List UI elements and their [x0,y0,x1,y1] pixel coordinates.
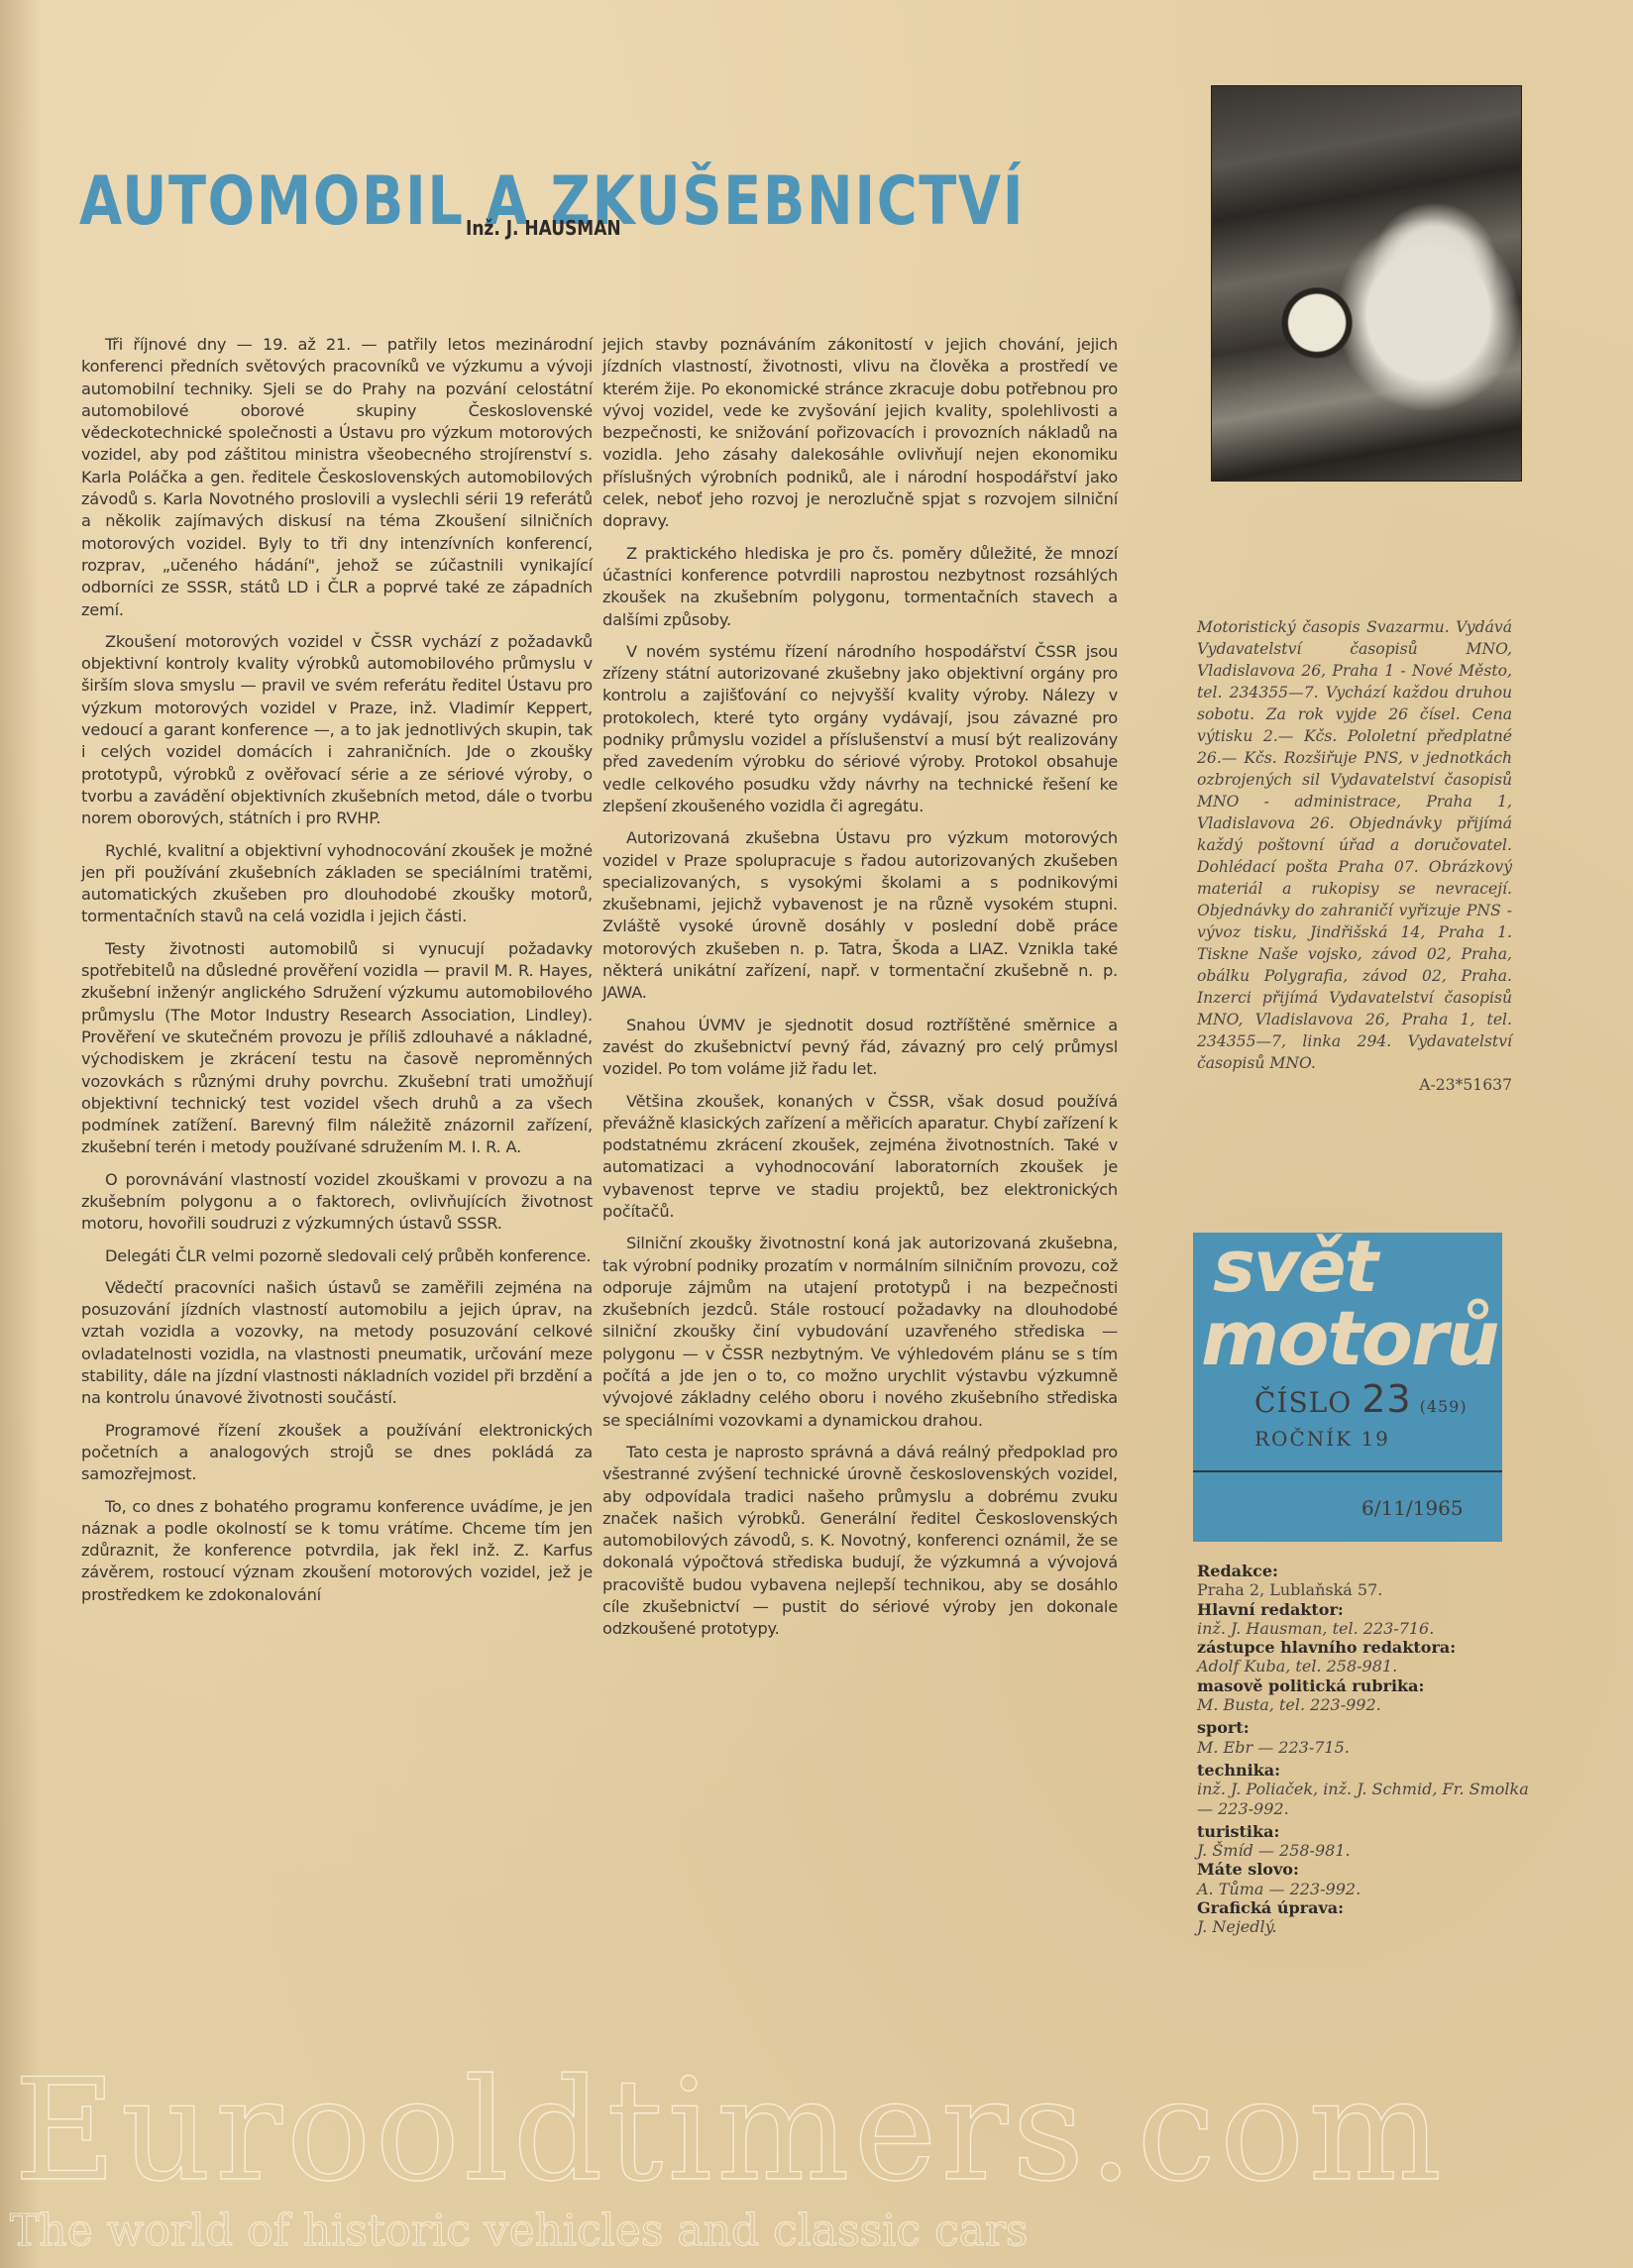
staff-role: sport: [1197,1718,1534,1737]
staff-names: inž. J. Hausman, tel. 223-716. [1197,1619,1534,1638]
watermark-site: Eurooldtimers.com [14,2061,1619,2202]
paragraph: Zkoušení motorových vozidel v ČSSR vychá… [81,631,593,830]
masthead-divider [1193,1470,1502,1472]
staff-role: Hlavní redaktor: [1197,1600,1534,1619]
masthead-logo-motoru: motorů [1201,1294,1498,1382]
paragraph: Rychlé, kvalitní a objektivní vyhodnocov… [81,840,593,928]
staff-role: technika: [1197,1761,1534,1780]
tire-gauge-photo [1211,85,1522,482]
paragraph: Testy životnosti automobilů si vynucují … [81,938,593,1159]
article-column-2: jejich stavby poznáváním zákonitostí v j… [602,334,1118,1651]
staff-names: J. Nejedlý. [1197,1917,1534,1936]
staff-role: Máte slovo: [1197,1860,1534,1879]
paragraph: Silniční zkoušky životnostní koná jak au… [602,1233,1118,1432]
paragraph: O porovnávání vlastností vozidel zkouška… [81,1169,593,1236]
article-column-1: Tři říjnové dny — 19. až 21. — patřily l… [81,334,593,1616]
issue-label: ČÍSLO [1254,1386,1352,1419]
magazine-masthead: svět motorů ČÍSLO23(459) ROČNÍK 19 6/11/… [1193,1233,1502,1542]
imprint-code: A-23*51637 [1197,1074,1512,1096]
paragraph: Tři říjnové dny — 19. až 21. — patřily l… [81,334,593,621]
paragraph: To, co dnes z bohatého programu konferen… [81,1496,593,1606]
paragraph: Tato cesta je naprosto správná a dává re… [602,1442,1118,1641]
editorial-staff-list: Redakce: Praha 2, Lublaňská 57. Hlavní r… [1197,1562,1534,1937]
paragraph: V novém systému řízení národního hospodá… [602,641,1118,817]
paragraph: jejich stavby poznáváním zákonitostí v j… [602,334,1118,533]
paragraph: Autorizovaná zkušebna Ústavu pro výzkum … [602,827,1118,1004]
paragraph: Snahou ÚVMV je sjednotit dosud roztříště… [602,1015,1118,1081]
paragraph: Většina zkoušek, konaných v ČSSR, však d… [602,1091,1118,1224]
article-byline: Inž. J. HAUSMAN [466,216,621,240]
staff-names: A. Tůma — 223-992. [1197,1880,1534,1898]
staff-names: Praha 2, Lublaňská 57. [1197,1580,1534,1599]
publisher-imprint: Motoristický časopis Svazarmu. Vydává Vy… [1197,616,1512,1096]
staff-names: M. Busta, tel. 223-992. [1197,1695,1534,1714]
staff-names: J. Šmíd — 258-981. [1197,1841,1534,1860]
page-edge-shadow [0,0,40,2268]
staff-names: inž. J. Poliaček, inž. J. Schmid, Fr. Sm… [1197,1780,1534,1818]
issue-date: 6/11/1965 [1361,1496,1464,1520]
paragraph: Delegáti ČLR velmi pozorně sledovali cel… [81,1245,593,1267]
issue-info: ČÍSLO23(459) [1254,1377,1468,1421]
paragraph: Vědečtí pracovníci našich ústavů se zamě… [81,1277,593,1410]
volume-year: ROČNÍK 19 [1254,1427,1390,1451]
issue-total: (459) [1420,1397,1468,1416]
paragraph: Z praktického hlediska je pro čs. poměry… [602,543,1118,631]
watermark-tagline: The world of historic vehicles and class… [10,2210,1028,2253]
staff-role: Redakce: [1197,1562,1534,1580]
staff-names: M. Ebr — 223-715. [1197,1738,1534,1757]
staff-role: turistika: [1197,1822,1534,1841]
staff-role: Grafická úprava: [1197,1898,1534,1917]
staff-role: masově politická rubrika: [1197,1676,1534,1695]
staff-names: Adolf Kuba, tel. 258-981. [1197,1657,1534,1675]
staff-role: zástupce hlavního redaktora: [1197,1638,1534,1657]
issue-number: 23 [1361,1377,1411,1421]
paragraph: Programové řízení zkoušek a používání el… [81,1420,593,1486]
imprint-text: Motoristický časopis Svazarmu. Vydává Vy… [1197,618,1512,1072]
